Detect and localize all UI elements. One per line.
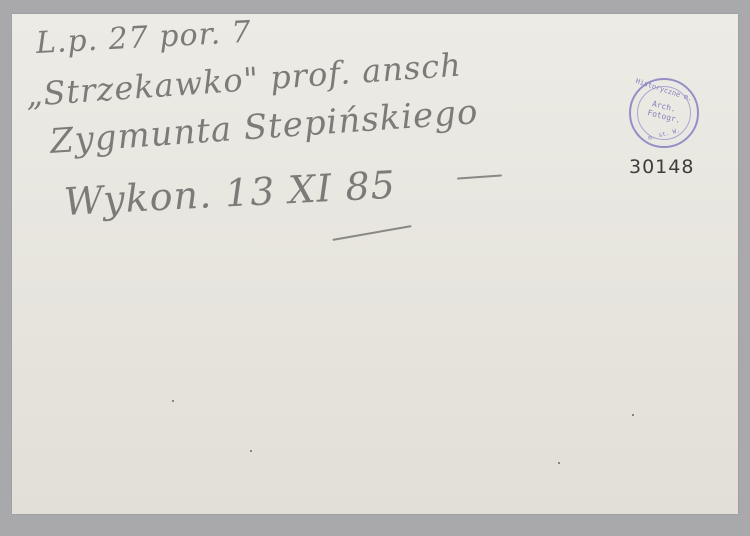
catalog-number: 30148	[629, 156, 694, 178]
date-underline	[332, 225, 411, 241]
handwritten-line-reference: L.p. 27 por. 7	[35, 15, 252, 61]
paper-speck	[172, 400, 174, 402]
paper-speck	[558, 462, 560, 464]
year-overline	[457, 174, 502, 179]
paper-speck	[250, 450, 252, 452]
handwritten-line-date: Wykon. 13 XI 85	[63, 163, 397, 224]
paper-speck	[632, 414, 634, 416]
archive-stamp: Historyczne m. Arch. Fotogr. m. st. W.	[629, 78, 699, 148]
archival-card: L.p. 27 por. 7 „Strzekawko" prof. ansch …	[12, 14, 738, 514]
